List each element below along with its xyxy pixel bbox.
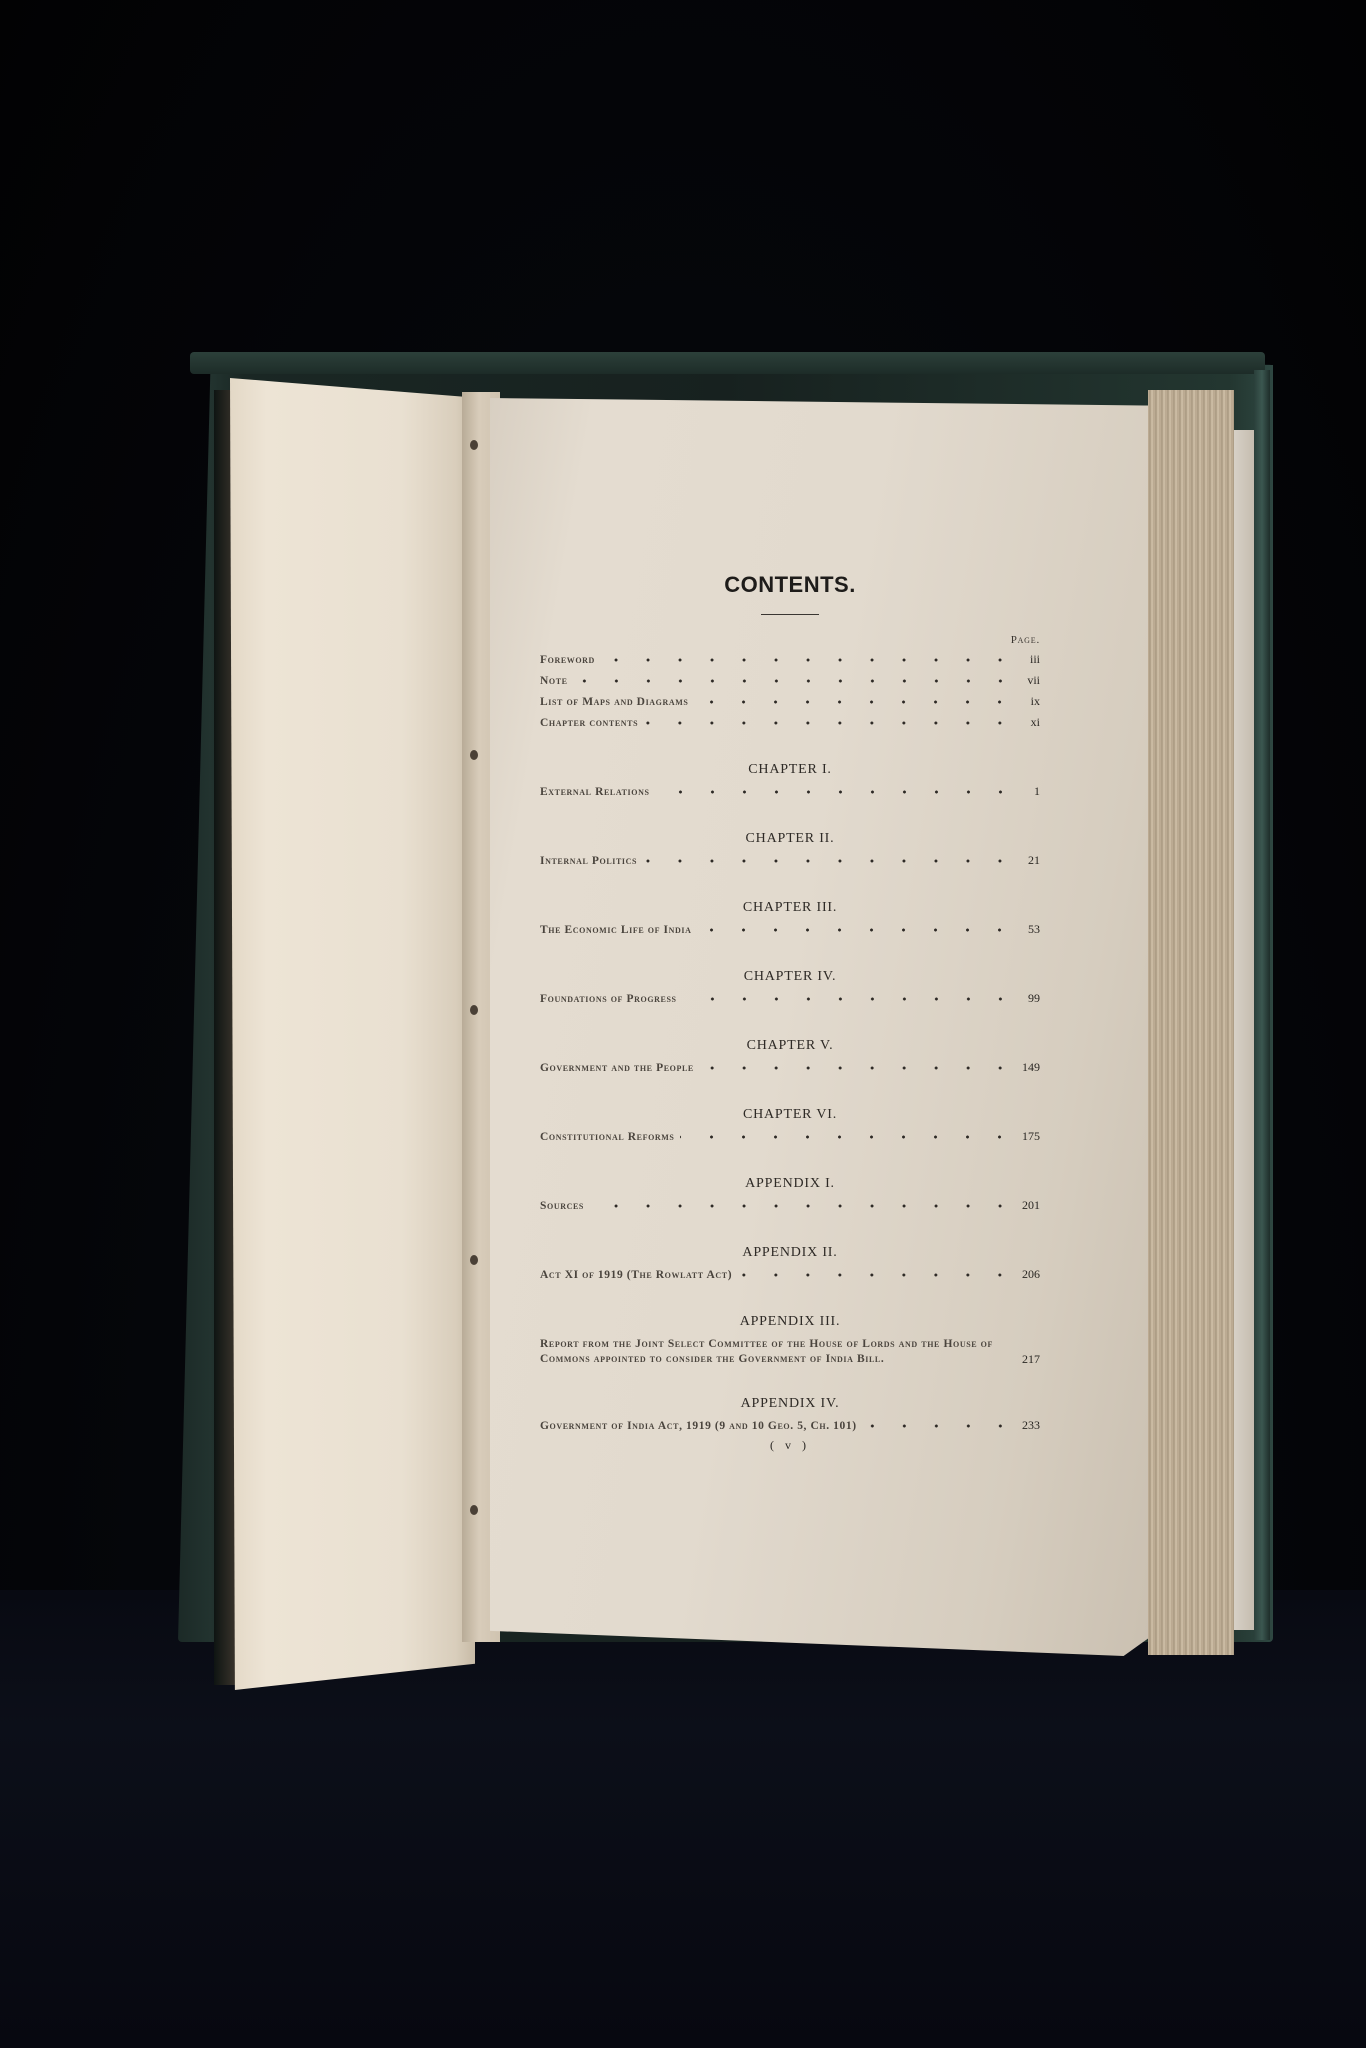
entry-label: Internal Politics bbox=[540, 851, 637, 872]
binding-stitch bbox=[470, 1005, 478, 1015]
entry-page: 217 bbox=[1022, 1352, 1040, 1367]
toc-entry: Sources 201 bbox=[540, 1195, 1040, 1216]
page-column-label: Page. bbox=[540, 633, 1040, 647]
chapter-heading: CHAPTER I. bbox=[540, 759, 1040, 781]
entry-label: Government and the People bbox=[540, 1058, 694, 1079]
toc-entry: Act XI of 1919 (The Rowlatt Act) 206 bbox=[540, 1264, 1040, 1285]
table-surface bbox=[0, 1590, 1366, 2048]
entry-label: Foundations of Progress bbox=[540, 989, 677, 1010]
toc-entry: External Relations 1 bbox=[540, 781, 1040, 802]
toc-entry: Government of India Act, 1919 (9 and 10 … bbox=[540, 1415, 1040, 1436]
chapter-heading: CHAPTER V. bbox=[540, 1035, 1040, 1057]
dot-leader bbox=[644, 721, 1016, 725]
entry-page: iii bbox=[1022, 649, 1040, 670]
appendix-heading: APPENDIX I. bbox=[540, 1173, 1040, 1195]
dot-leader bbox=[863, 1424, 1016, 1428]
entry-label: Report from the Joint Select Committee o… bbox=[540, 1337, 1022, 1367]
toc-entry: Report from the Joint Select Committee o… bbox=[540, 1337, 1040, 1367]
entry-page: 53 bbox=[1022, 919, 1040, 940]
toc-entry: Internal Politics 21 bbox=[540, 850, 1040, 871]
entry-page: vii bbox=[1022, 670, 1040, 691]
entry-page: 201 bbox=[1022, 1195, 1040, 1216]
dot-leader bbox=[700, 1066, 1016, 1070]
entry-page: 99 bbox=[1022, 988, 1040, 1009]
dot-leader bbox=[590, 1204, 1016, 1208]
binding-stitch bbox=[470, 1255, 478, 1265]
toc-entry: Government and the People 149 bbox=[540, 1057, 1040, 1078]
entry-page: 149 bbox=[1022, 1057, 1040, 1078]
entry-page: 175 bbox=[1022, 1126, 1040, 1147]
dot-leader bbox=[680, 1135, 1016, 1139]
entry-label: External Relations bbox=[540, 782, 650, 803]
entry-label: The Economic Life of India bbox=[540, 920, 691, 941]
toc-entry: Foreword iii bbox=[540, 649, 1040, 670]
entry-page: 206 bbox=[1022, 1264, 1040, 1285]
entry-label: Act XI of 1919 (The Rowlatt Act) bbox=[540, 1265, 732, 1286]
entry-label: Note bbox=[540, 671, 568, 692]
dot-leader bbox=[697, 928, 1016, 932]
appendix-heading: APPENDIX IV. bbox=[540, 1393, 1040, 1415]
title-rule bbox=[761, 614, 819, 615]
chapter-heading: CHAPTER II. bbox=[540, 828, 1040, 850]
entry-page: 21 bbox=[1022, 850, 1040, 871]
dot-leader bbox=[574, 679, 1016, 683]
dot-leader bbox=[643, 859, 1016, 863]
dot-leader bbox=[683, 997, 1016, 1001]
entry-label: Chapter contents bbox=[540, 713, 638, 734]
dot-leader bbox=[694, 700, 1016, 704]
loose-insert-sheet bbox=[1234, 430, 1254, 1630]
dot-leader bbox=[738, 1273, 1016, 1277]
cover-top-edge bbox=[190, 352, 1265, 374]
dot-leader bbox=[601, 658, 1016, 662]
toc-entry: The Economic Life of India 53 bbox=[540, 919, 1040, 940]
cover-right-edge bbox=[1254, 370, 1270, 1640]
entry-label: Government of India Act, 1919 (9 and 10 … bbox=[540, 1416, 857, 1437]
entry-label: Constitutional Reforms bbox=[540, 1127, 674, 1148]
page-folio: ( v ) bbox=[540, 1438, 1040, 1453]
entry-label: Sources bbox=[540, 1196, 584, 1217]
entry-page: ix bbox=[1022, 691, 1040, 712]
table-of-contents: CONTENTS. Page. Foreword iii Note vii Li… bbox=[540, 570, 1040, 1453]
entry-page: 233 bbox=[1022, 1415, 1040, 1436]
entry-page: 1 bbox=[1022, 781, 1040, 802]
toc-entry: List of Maps and Diagrams ix bbox=[540, 691, 1040, 712]
entry-page: xi bbox=[1022, 712, 1040, 733]
toc-entry: Constitutional Reforms 175 bbox=[540, 1126, 1040, 1147]
entry-label: List of Maps and Diagrams bbox=[540, 692, 688, 713]
front-matter-list: Foreword iii Note vii List of Maps and D… bbox=[540, 649, 1040, 733]
appendix-heading: APPENDIX II. bbox=[540, 1242, 1040, 1264]
left-page-blank bbox=[230, 378, 475, 1690]
appendix-heading: APPENDIX III. bbox=[540, 1311, 1040, 1333]
chapter-heading: CHAPTER VI. bbox=[540, 1104, 1040, 1126]
binding-stitch bbox=[470, 440, 478, 450]
binding-stitch bbox=[470, 1505, 478, 1515]
chapter-heading: CHAPTER IV. bbox=[540, 966, 1040, 988]
entry-label: Foreword bbox=[540, 650, 595, 671]
page-block-edges bbox=[1148, 390, 1234, 1655]
toc-entry: Note vii bbox=[540, 670, 1040, 691]
toc-title: CONTENTS. bbox=[540, 570, 1040, 600]
toc-entry: Foundations of Progress 99 bbox=[540, 988, 1040, 1009]
binding-stitch bbox=[470, 750, 478, 760]
toc-entry: Chapter contents xi bbox=[540, 712, 1040, 733]
chapter-heading: CHAPTER III. bbox=[540, 897, 1040, 919]
dot-leader bbox=[656, 790, 1016, 794]
